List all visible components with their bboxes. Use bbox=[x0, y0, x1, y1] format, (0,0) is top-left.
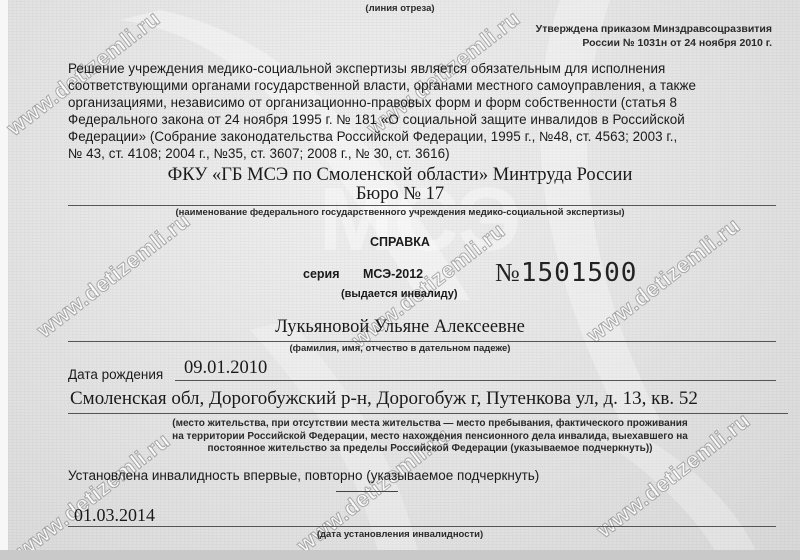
disability-date: 01.03.2014 bbox=[74, 505, 155, 526]
approval-note: Утверждена приказом Минздравсоцразвития … bbox=[536, 22, 772, 50]
organization-caption: (наименование федерального государственн… bbox=[0, 207, 800, 218]
legal-line: соответствующими органами государственно… bbox=[68, 77, 788, 94]
certificate-number-value: 1501500 bbox=[521, 258, 638, 288]
number-sign: № bbox=[495, 258, 521, 287]
name-caption: (фамилия, имя, отчество в дательном паде… bbox=[0, 343, 800, 354]
legal-line: организациями, независимо от организацио… bbox=[68, 94, 788, 111]
series-value: МСЭ-2012 bbox=[363, 267, 423, 281]
disability-date-underline bbox=[68, 526, 776, 527]
issued-to-label: (выдается инвалиду) bbox=[341, 288, 458, 300]
organization-name: ФКУ «ГБ МСЭ по Смоленской области» Минтр… bbox=[0, 166, 800, 204]
address-underline bbox=[68, 413, 788, 414]
legal-statement: Решение учреждения медико-социальной экс… bbox=[68, 60, 788, 162]
address-caption-line: на территории Российской Федерации, мест… bbox=[60, 431, 800, 444]
address-caption-line: (место жительства, при отсутствии места … bbox=[60, 418, 800, 431]
series-label: серия bbox=[303, 267, 340, 281]
bureau-number: Бюро № 17 bbox=[0, 185, 800, 204]
paper-edge bbox=[0, 0, 8, 560]
organization-title: ФКУ «ГБ МСЭ по Смоленской области» Минтр… bbox=[0, 166, 800, 185]
organization-underline bbox=[68, 205, 776, 206]
address: Смоленская обл, Дорогобужский р-н, Дорог… bbox=[70, 388, 698, 410]
dob-value: 09.01.2010 bbox=[184, 358, 267, 379]
legal-line: Федерального закона от 24 ноября 1995 г.… bbox=[68, 111, 788, 128]
repeat-option-underline bbox=[336, 491, 398, 492]
full-name: Лукьяновой Ульяне Алексеевне bbox=[0, 317, 800, 338]
legal-line: Решение учреждения медико-социальной экс… bbox=[68, 60, 788, 77]
paper-bottom-edge bbox=[0, 550, 800, 560]
disability-certificate-document: МСЭ www.detizemli.ru www.detizemli.ru ww… bbox=[0, 0, 800, 560]
disability-date-caption: (дата установления инвалидности) bbox=[0, 529, 800, 540]
dob-label: Дата рождения bbox=[68, 367, 163, 382]
disability-statement: Установлена инвалидность впервые, повтор… bbox=[68, 468, 539, 483]
approval-line-2: России № 1031н от 24 ноября 2010 г. bbox=[536, 36, 772, 50]
address-caption-line: постоянное жительство за пределы Российс… bbox=[60, 443, 800, 456]
address-caption: (место жительства, при отсутствии места … bbox=[60, 418, 800, 456]
legal-line: Федерации» (Собрание законодательства Ро… bbox=[68, 128, 788, 145]
certificate-title: СПРАВКА bbox=[370, 235, 430, 249]
dob-underline bbox=[175, 380, 776, 381]
cut-line-label: (линия отреза) bbox=[0, 3, 800, 14]
certificate-number: №1501500 bbox=[495, 258, 637, 288]
approval-line-1: Утверждена приказом Минздравсоцразвития bbox=[536, 22, 772, 36]
legal-line: № 43, ст. 4108; 2004 г., №35, ст. 3607; … bbox=[68, 145, 788, 162]
name-underline bbox=[68, 341, 776, 342]
